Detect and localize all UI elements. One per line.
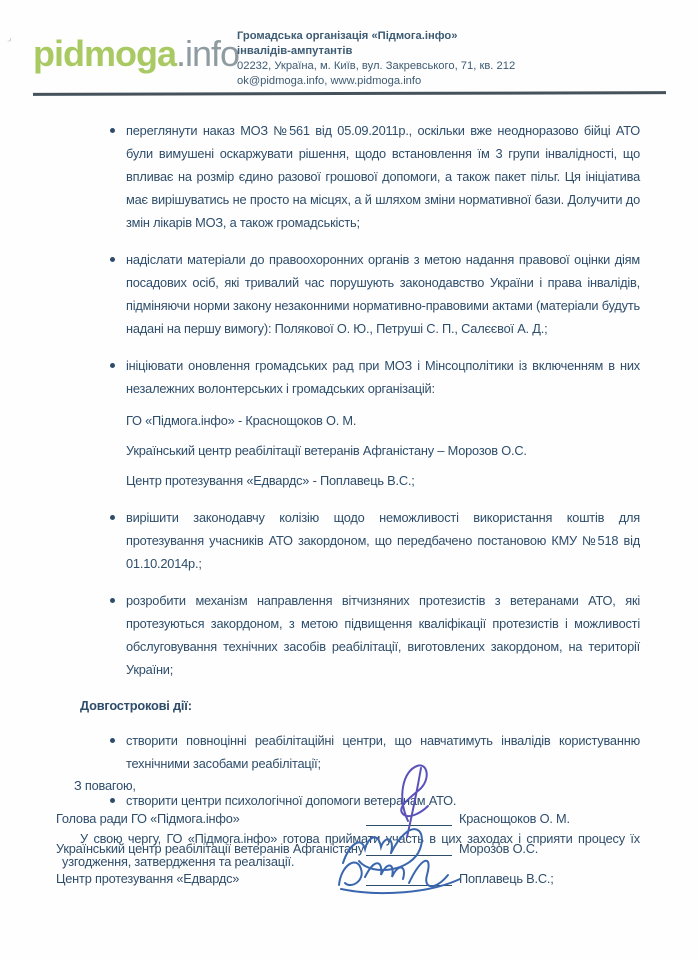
- signature-line: [366, 841, 452, 856]
- signature-row: Український центр реабілітації ветеранів…: [56, 835, 642, 856]
- signature-line: [366, 811, 452, 826]
- scan-artifact: ›: [5, 34, 15, 46]
- scanned-letter-page: › pidmoga.info Громадська організація «П…: [0, 0, 698, 960]
- signer-name: Морозов О.С.: [459, 841, 538, 856]
- org-contact-block: Громадська організація «Підмога.інфо» ін…: [237, 26, 515, 89]
- signer-role: Український центр реабілітації ветеранів…: [56, 841, 366, 856]
- member-org: Український центр реабілітації ветеранів…: [126, 439, 640, 462]
- list-item-text: переглянути наказ МОЗ №561 від 05.09.201…: [126, 123, 640, 230]
- signature-line: [366, 871, 452, 886]
- logo-name-text: pidmoga: [33, 33, 176, 74]
- longterm-heading: Довгострокові дії:: [80, 694, 640, 717]
- list-item: вирішити законодавчу колізію щодо неможл…: [62, 506, 640, 575]
- pidmoga-logo: pidmoga.info: [33, 26, 237, 89]
- signer-name: Поплавець В.С.;: [459, 871, 554, 886]
- bullet-icon: [110, 128, 115, 133]
- signature-row: Голова ради ГО «Підмога.інфо» Краснощоко…: [56, 805, 642, 826]
- salutation: З повагою,: [74, 778, 642, 793]
- org-address: 02232, Україна, м. Київ, вул. Закревсько…: [237, 59, 515, 74]
- letterhead-divider: [33, 91, 666, 96]
- signer-role: Голова ради ГО «Підмога.інфо»: [56, 811, 366, 826]
- signer-name: Краснощоков О. М.: [459, 811, 570, 826]
- list-item-text: ініціювати оновлення громадських рад при…: [126, 358, 640, 396]
- signature-row: Центр протезування «Едвардс» Поплавець В…: [56, 865, 642, 886]
- member-org: ГО «Підмога.інфо» - Краснощоков О. М.: [126, 409, 640, 432]
- list-item: ініціювати оновлення громадських рад при…: [62, 354, 640, 492]
- list-item-text: розробити механізм направлення вітчизнян…: [126, 593, 640, 677]
- logo-tld-text: .info: [176, 33, 239, 74]
- org-type: інвалідів-ампутантів: [237, 44, 515, 59]
- bullet-icon: [110, 257, 115, 262]
- list-item-text: надіслати матеріали до правоохоронних ор…: [126, 252, 640, 336]
- bullet-icon: [110, 515, 115, 520]
- member-org: Центр протезування «Едвардс» - Поплавець…: [126, 469, 640, 492]
- list-item-text: створити повноцінні реабілітаційні центр…: [126, 733, 640, 771]
- signer-role: Центр протезування «Едвардс»: [56, 871, 366, 886]
- bullet-icon: [110, 363, 115, 368]
- action-items-list: переглянути наказ МОЗ №561 від 05.09.201…: [62, 119, 640, 681]
- list-item: переглянути наказ МОЗ №561 від 05.09.201…: [62, 119, 640, 234]
- org-contacts: ok@pidmoga.info, www.pidmoga.info: [237, 74, 515, 89]
- list-item: розробити механізм направлення вітчизнян…: [62, 589, 640, 681]
- org-name: Громадська організація «Підмога.інфо»: [237, 29, 515, 44]
- letterhead: pidmoga.info Громадська організація «Під…: [33, 26, 668, 89]
- bullet-icon: [110, 738, 115, 743]
- letter-body: переглянути наказ МОЗ №561 від 05.09.201…: [62, 119, 640, 873]
- list-item: надіслати матеріали до правоохоронних ор…: [62, 248, 640, 340]
- bullet-icon: [110, 598, 115, 603]
- list-item: створити повноцінні реабілітаційні центр…: [62, 729, 640, 775]
- signature-block: З повагою, Голова ради ГО «Підмога.інфо»…: [56, 778, 642, 886]
- list-item-text: вирішити законодавчу колізію щодо неможл…: [126, 510, 640, 571]
